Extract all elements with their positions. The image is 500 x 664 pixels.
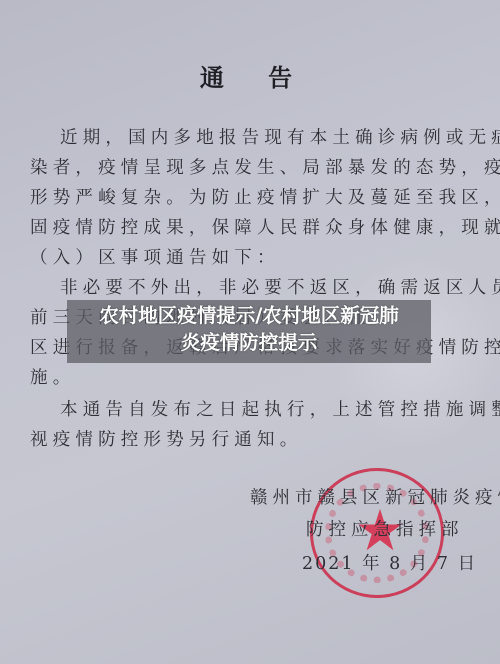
document-title: 通 告 — [0, 58, 500, 93]
signature-date: 2021 年 8 月 7 日 — [302, 550, 477, 575]
paragraph-1-line-1: 近期，国内多地报告现有本土确诊病例或无症状感 — [60, 124, 490, 149]
paragraph-1-line-3: 形势严峻复杂。为防止疫情扩大及蔓延至我区，切实巩 — [30, 184, 490, 209]
headline-line-1: 农村地区疫情提示/农村地区新冠肺 — [67, 302, 431, 329]
paragraph-1-line-2: 染者，疫情呈现多点发生、局部暴发的态势，疫情防控 — [30, 154, 490, 179]
paragraph-1-line-4: 固疫情防控成果，保障人民群众身体健康，现就有关返 — [30, 214, 490, 239]
headline-line-2: 炎疫情防控提示 — [67, 329, 431, 356]
signature-organization-line-1: 赣州市赣县区新冠肺炎疫情 — [250, 484, 500, 509]
paragraph-2-line-1: 非必要不外出，非必要不返区，确需返区人员须提 — [60, 274, 490, 299]
headline-overlay: 农村地区疫情提示/农村地区新冠肺 炎疫情防控提示 — [67, 302, 431, 356]
signature-organization-line-2: 防控应急指挥部 — [306, 516, 464, 541]
paragraph-1-line-5: （入）区事项通告如下： — [30, 244, 490, 269]
paragraph-2-line-4: 施。 — [30, 364, 490, 389]
paragraph-3-line-1: 本通告自发布之日起执行，上述管控措施调整时间 — [60, 396, 490, 421]
document-photo: 通 告 近期，国内多地报告现有本土确诊病例或无症状感 染者，疫情呈现多点发生、局… — [0, 0, 500, 664]
paragraph-3-line-2: 视疫情防控形势另行通知。 — [30, 426, 490, 451]
